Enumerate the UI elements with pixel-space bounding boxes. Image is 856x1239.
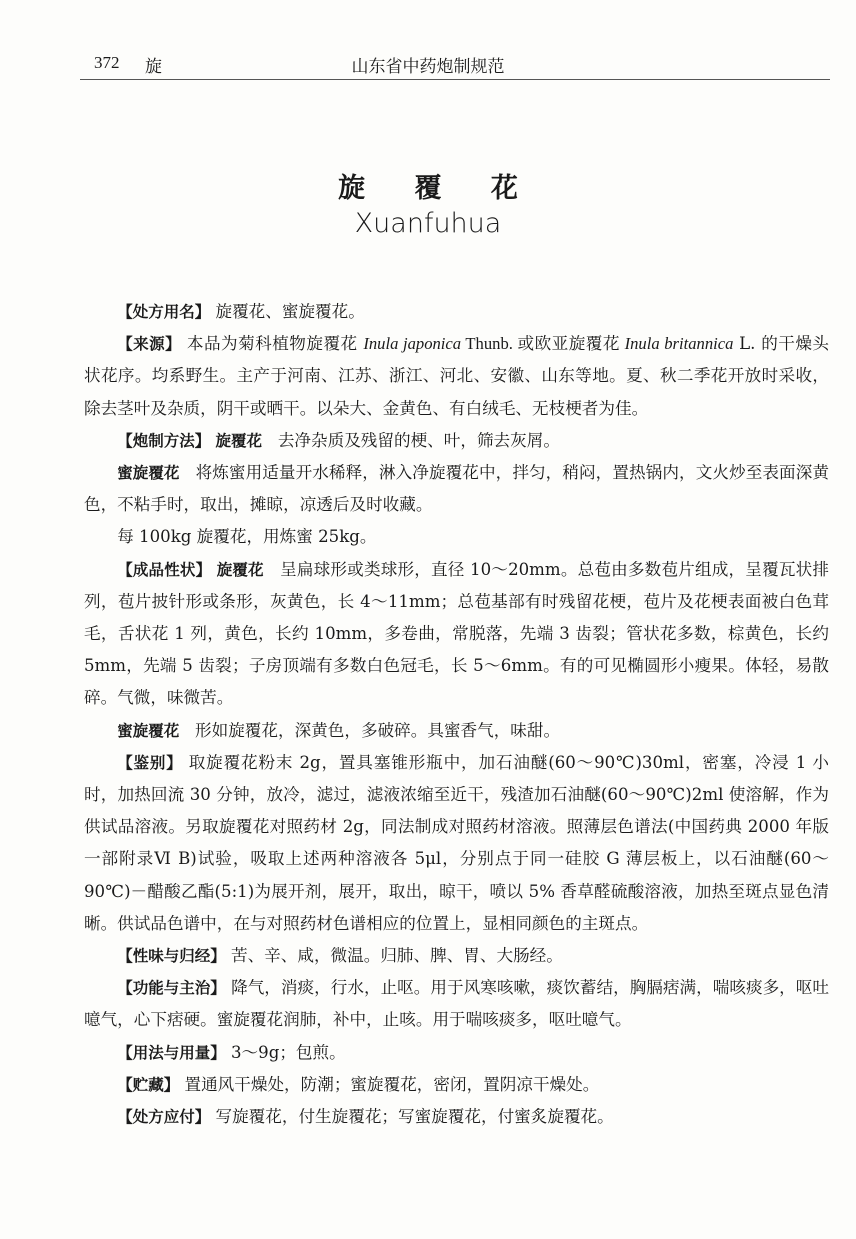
- section-text: 去净杂质及残留的梗、叶，筛去灰屑。: [278, 431, 560, 450]
- section-prescription-names: 【处方用名】 旋覆花、蜜旋覆花。: [84, 296, 829, 328]
- section-functions: 【功能与主治】 降气，消痰，行水，止呕。用于风寒咳嗽，痰饮蓄结，胸膈痞满，喘咳痰…: [84, 972, 829, 1036]
- section-dosage: 【用法与用量】 3～9g；包煎。: [84, 1037, 829, 1069]
- section-label: 【性味与归经】: [117, 947, 226, 965]
- subitem-name: 蜜旋覆花: [117, 722, 179, 740]
- section-storage: 【贮藏】 置通风干燥处，防潮；蜜旋覆花，密闭，置阴凉干燥处。: [84, 1069, 829, 1101]
- section-text: 置通风干燥处，防潮；蜜旋覆花，密闭，置阴凉干燥处。: [184, 1075, 599, 1094]
- section-label: 【炮制方法】: [117, 432, 210, 450]
- section-text: 旋覆花、蜜旋覆花。: [215, 302, 364, 321]
- book-title: 山东省中药炮制规范: [0, 52, 856, 77]
- section-label: 【处方用名】: [117, 303, 210, 321]
- section-label: 【功能与主治】: [117, 979, 226, 997]
- latin-name: Inula britannica: [625, 334, 734, 353]
- entry-title: 旋 覆 花: [0, 166, 856, 205]
- section-label: 【贮藏】: [117, 1076, 179, 1094]
- section-text: 形如旋覆花，深黄色，多破碎。具蜜香气，味甜。: [195, 721, 560, 740]
- subitem-name: 旋覆花: [217, 561, 264, 579]
- section-identification: 【鉴别】 取旋覆花粉末 2g，置具塞锥形瓶中，加石油醚(60～90℃)30ml，…: [84, 747, 829, 940]
- section-characteristics: 【成品性状】 旋覆花 呈扁球形或类球形，直径 10～20mm。总苞由多数苞片组成…: [84, 554, 829, 715]
- section-dispensing: 【处方应付】 写旋覆花，付生旋覆花；写蜜旋覆花，付蜜炙旋覆花。: [84, 1101, 829, 1133]
- section-label: 【用法与用量】: [117, 1044, 226, 1062]
- entry-pinyin: Xuanfuhua: [0, 208, 856, 239]
- section-text: 呈扁球形或类球形，直径 10～20mm。总苞由多数苞片组成，呈覆瓦状排列，苞片披…: [84, 560, 829, 708]
- section-text: 3～9g；包煎。: [231, 1043, 346, 1062]
- section-label: 【鉴别】: [117, 754, 182, 772]
- entry-body: 【处方用名】 旋覆花、蜜旋覆花。 【来源】 本品为菊科植物旋覆花 Inula j…: [84, 296, 829, 1133]
- section-label: 【处方应付】: [117, 1108, 210, 1126]
- subitem-name: 蜜旋覆花: [117, 464, 179, 482]
- section-text: 写旋覆花，付生旋覆花；写蜜旋覆花，付蜜炙旋覆花。: [215, 1107, 613, 1126]
- section-text: 将炼蜜用适量开水稀释，淋入净旋覆花中，拌匀，稍闷，置热锅内，文火炒至表面深黄色，…: [84, 463, 829, 514]
- section-label: 【成品性状】: [117, 561, 211, 579]
- latin-name: Inula japonica: [363, 334, 461, 353]
- section-text: Thunb. 或欧亚旋覆花: [461, 334, 625, 353]
- processing-honey: 蜜旋覆花 将炼蜜用适量开水稀释，淋入净旋覆花中，拌匀，稍闷，置热锅内，文火炒至表…: [84, 457, 829, 521]
- characteristics-honey: 蜜旋覆花 形如旋覆花，深黄色，多破碎。具蜜香气，味甜。: [84, 715, 829, 747]
- section-nature-meridian: 【性味与归经】 苦、辛、咸，微温。归肺、脾、胃、大肠经。: [84, 940, 829, 972]
- subitem-name: 旋覆花: [215, 432, 262, 450]
- section-text: 本品为菊科植物旋覆花: [187, 334, 363, 353]
- section-label: 【来源】: [117, 335, 181, 353]
- section-text: 取旋覆花粉末 2g，置具塞锥形瓶中，加石油醚(60～90℃)30ml，密塞，冷浸…: [84, 753, 829, 933]
- section-processing: 【炮制方法】 旋覆花 去净杂质及残留的梗、叶，筛去灰屑。: [84, 425, 829, 457]
- header-rule: [80, 79, 830, 80]
- section-source: 【来源】 本品为菊科植物旋覆花 Inula japonica Thunb. 或欧…: [84, 328, 829, 425]
- processing-ratio: 每 100kg 旋覆花，用炼蜜 25kg。: [84, 521, 829, 553]
- running-header: 372 旋 山东省中药炮制规范: [0, 0, 856, 90]
- section-text: 苦、辛、咸，微温。归肺、脾、胃、大肠经。: [231, 946, 563, 965]
